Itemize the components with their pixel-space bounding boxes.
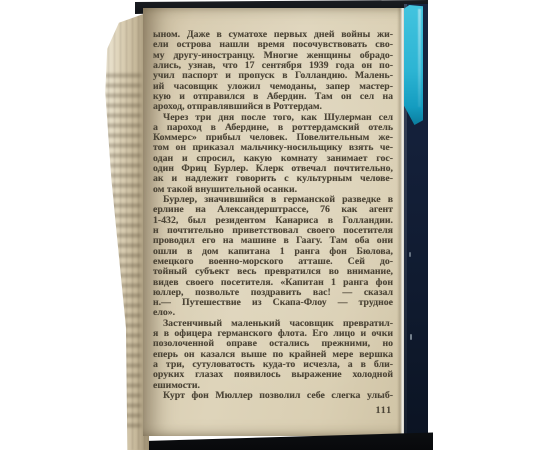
page-text: ыном. Даже в суматохе первых дней войны … [153,30,393,416]
book-photo: ыном. Даже в суматохе первых дней войны … [0,0,550,450]
book-page: ыном. Даже в суматохе первых дней войны … [143,8,406,436]
edge-glint [410,334,412,340]
text-line: ароход, отправлявшийся в Роттердам. [153,102,393,112]
text-line: н.— Путешествие из Скапа-Флоу — трудное [153,298,393,308]
cyan-highlight [418,9,421,107]
left-page-edge [102,14,149,450]
page-number: 111 [153,405,393,416]
edge-glint [409,252,411,257]
text-line: тойный субъект весь превратился во внима… [153,267,393,277]
jacket-cyan-stripe [404,5,423,125]
page-curl-ridges [102,14,149,450]
text-lines: ыном. Даже в суматохе первых дней войны … [153,30,393,401]
text-line: Курт фон Мюллер позволил себе слегка улы… [153,391,393,401]
